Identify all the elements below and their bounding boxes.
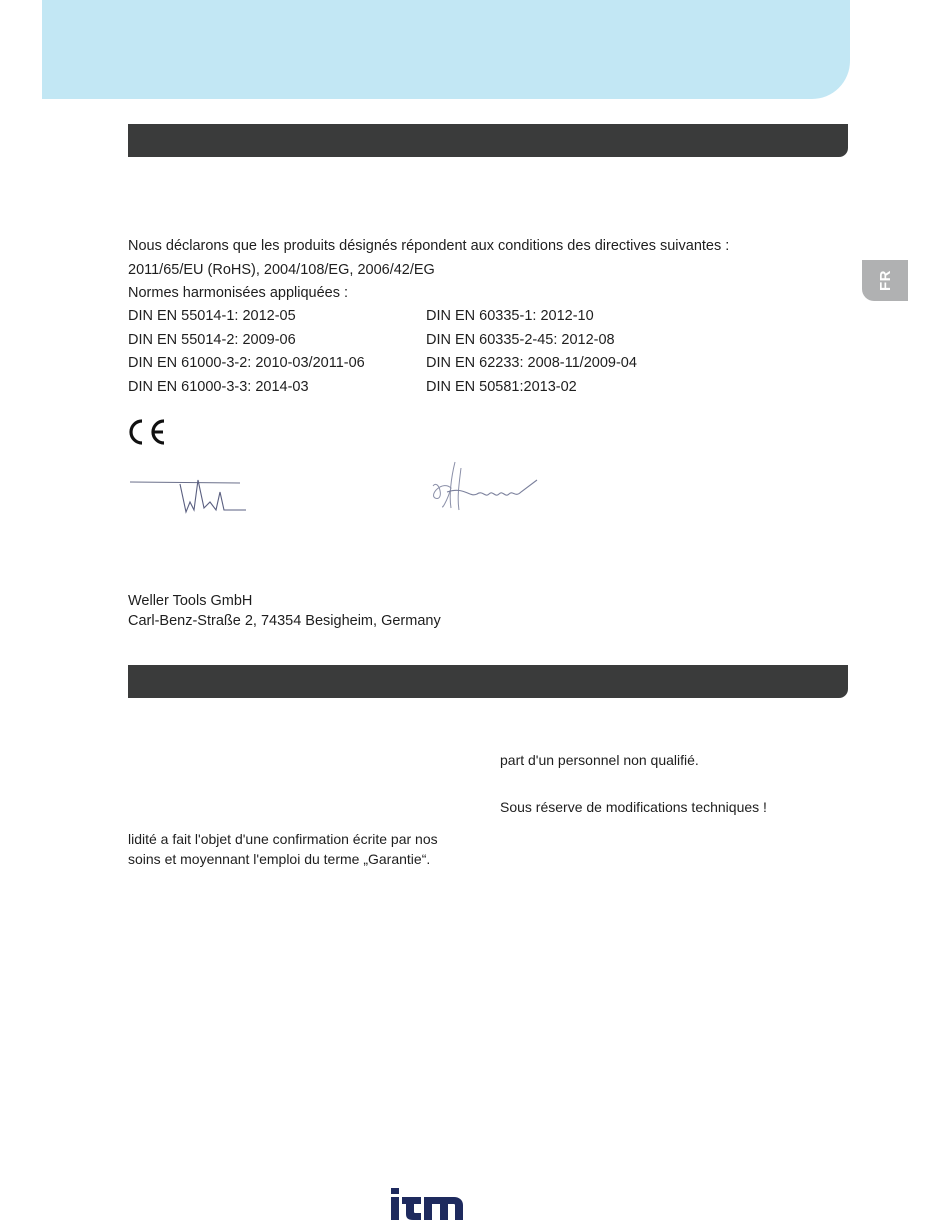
norm-item: DIN EN 61000-3-3: 2014-03: [128, 376, 365, 400]
signature-2-icon: [425, 458, 545, 516]
warranty-text-left: lidité a fait l'objet d'une confirmation…: [128, 829, 438, 869]
norm-item: DIN EN 60335-1: 2012-10: [426, 305, 637, 329]
ce-mark-icon: [128, 418, 168, 446]
itm-logo-icon: [391, 1188, 463, 1220]
signature-1-icon: [128, 476, 248, 518]
declaration-intro: Nous déclarons que les produits désignés…: [128, 235, 729, 259]
norm-item: DIN EN 61000-3-2: 2010-03/2011-06: [128, 352, 365, 376]
declaration-text: Nous déclarons que les produits désignés…: [128, 235, 729, 306]
norms-list-left: DIN EN 55014-1: 2012-05 DIN EN 55014-2: …: [128, 305, 365, 399]
warranty-text-left-1: lidité a fait l'objet d'une confirmation…: [128, 829, 438, 849]
company-info: Weller Tools GmbH Carl-Benz-Straße 2, 74…: [128, 591, 441, 631]
norms-list-right: DIN EN 60335-1: 2012-10 DIN EN 60335-2-4…: [426, 305, 637, 399]
declaration-directives: 2011/65/EU (RoHS), 2004/108/EG, 2006/42/…: [128, 259, 729, 283]
warranty-text-left-2: soins et moyennant l'emploi du terme „Ga…: [128, 849, 438, 869]
warranty-text-right-2: Sous réserve de modifications techniques…: [500, 797, 767, 817]
company-name: Weller Tools GmbH: [128, 591, 441, 611]
language-tab[interactable]: FR: [862, 260, 908, 301]
norm-item: DIN EN 55014-1: 2012-05: [128, 305, 365, 329]
section-bar-declaration: [128, 124, 848, 157]
header-band: [42, 0, 850, 99]
norm-item: DIN EN 55014-2: 2009-06: [128, 329, 365, 353]
norm-item: DIN EN 50581:2013-02: [426, 376, 637, 400]
warranty-text-right-1: part d'un personnel non qualifié.: [500, 750, 699, 770]
norm-item: DIN EN 62233: 2008-11/2009-04: [426, 352, 637, 376]
norm-item: DIN EN 60335-2-45: 2012-08: [426, 329, 637, 353]
section-bar-warranty: [128, 665, 848, 698]
norms-label: Normes harmonisées appliquées :: [128, 282, 729, 306]
company-address: Carl-Benz-Straße 2, 74354 Besigheim, Ger…: [128, 611, 441, 631]
language-tab-label: FR: [877, 270, 894, 291]
